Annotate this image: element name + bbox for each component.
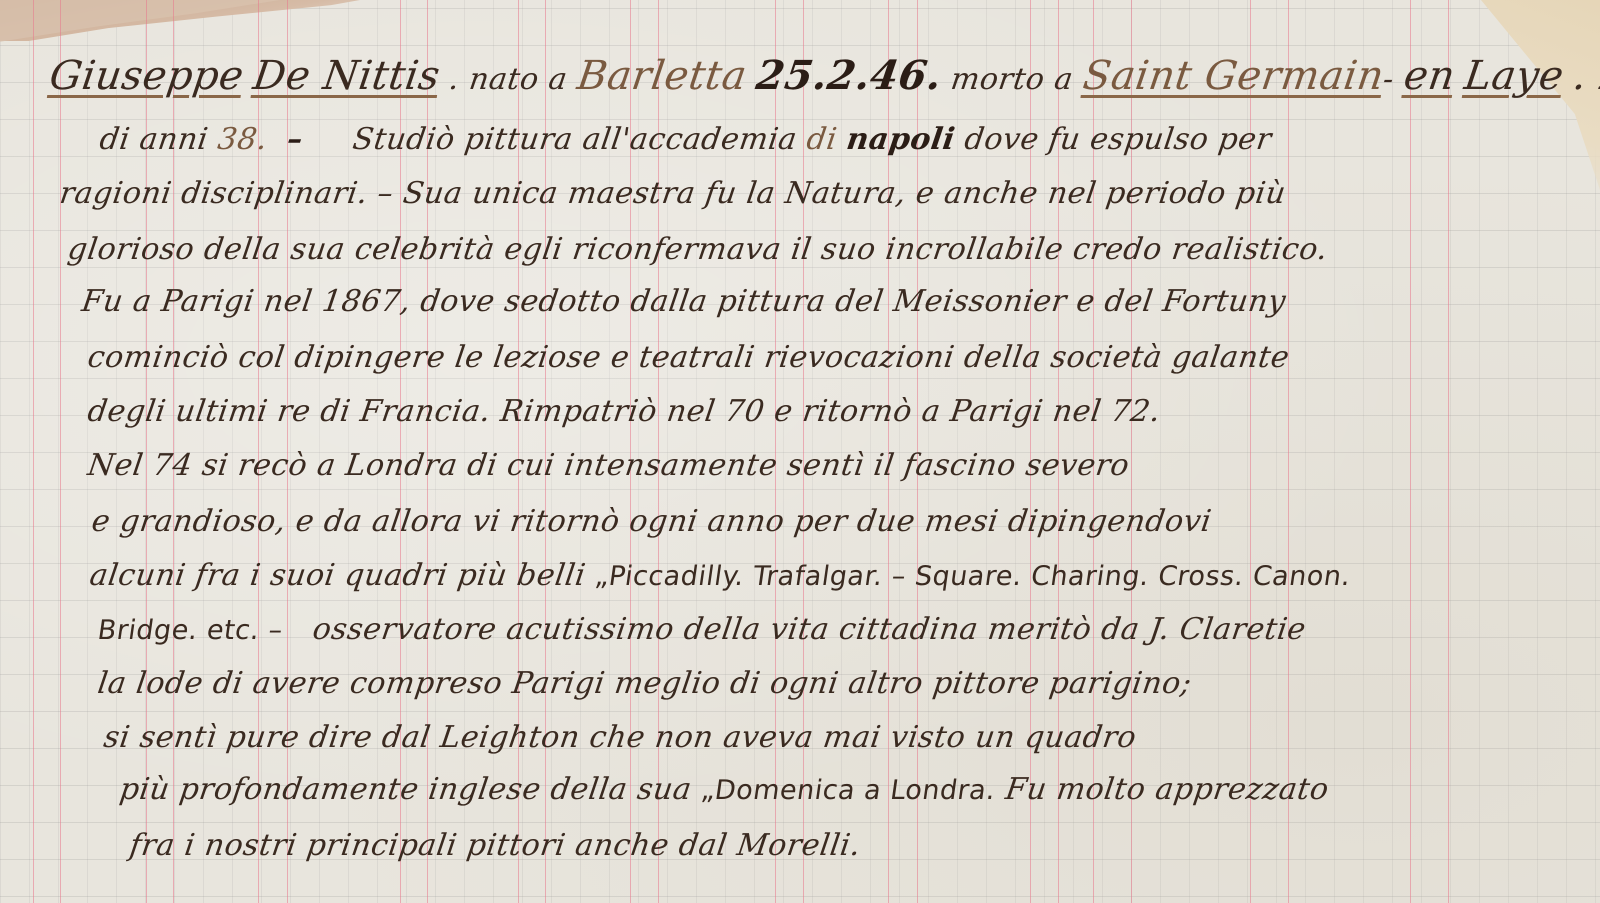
text-line-11: Bridge. etc. – osservatore acutissimo de…	[96, 612, 1309, 647]
text-line-14: più profondamente inglese della sua „Dom…	[118, 772, 1332, 807]
birthplace: Barletta	[574, 53, 749, 99]
text: dove fu espulso per	[962, 122, 1273, 157]
text: di	[804, 122, 839, 157]
painting-titles: Bridge. etc. –	[96, 615, 285, 646]
painting-title: „Domenica a Londra.	[699, 775, 997, 806]
text-line-13: si sentì pure dire dal Leighton che non …	[102, 720, 1139, 755]
text: di anni	[98, 122, 211, 157]
name-first: Giuseppe	[47, 53, 247, 99]
text: osservatore acutissimo della vita cittad…	[311, 612, 1309, 647]
deathplace: Laye	[1462, 53, 1567, 99]
text: più profondamente inglese della sua	[118, 772, 694, 807]
death-date: . 21.8.1884.	[1570, 53, 1600, 99]
text-line-6: cominciò col dipingere le leziose e teat…	[86, 340, 1292, 375]
deathplace: en	[1401, 53, 1458, 99]
text: Studiò pittura all'accademia	[351, 122, 800, 157]
text-line-1: Giuseppe De Nittis . nato a Barletta 25.…	[47, 52, 1600, 99]
painting-titles: „Piccadilly. Trafalgar. – Square. Charin…	[593, 561, 1353, 592]
birth-date: 25.2.46.	[753, 52, 945, 99]
text-line-10: alcuni fra i suoi quadri più belli „Picc…	[88, 558, 1354, 593]
ruled-line	[1288, 0, 1289, 903]
deathplace: Saint Germain	[1080, 53, 1387, 99]
text: Fu molto apprezzato	[1003, 772, 1331, 807]
age: 38.	[216, 122, 270, 157]
ruled-line	[1448, 0, 1449, 903]
document-page: Giuseppe De Nittis . nato a Barletta 25.…	[0, 0, 1600, 903]
text-line-15: fra i nostri principali pittori anche da…	[128, 828, 863, 863]
text: napoli	[844, 122, 957, 157]
text-line-2: di anni 38. – Studiò pittura all'accadem…	[98, 122, 1274, 157]
name-last: De Nittis	[250, 53, 443, 99]
ruled-margin-line	[60, 0, 61, 903]
ruled-line	[1410, 0, 1411, 903]
text-line-3: ragioni disciplinari. – Sua unica maestr…	[58, 176, 1289, 211]
text-line-9: e grandioso, e da allora vi ritornò ogni…	[90, 504, 1214, 539]
text: . nato a	[447, 62, 570, 97]
ruled-margin-line	[33, 0, 34, 903]
text-line-12: la lode di avere compreso Parigi meglio …	[96, 666, 1194, 701]
text-line-4: glorioso della sua celebrità egli riconf…	[66, 232, 1330, 267]
text-line-5: Fu a Parigi nel 1867, dove sedotto dalla…	[80, 284, 1289, 319]
dash: –	[285, 122, 305, 157]
text: morto a	[949, 62, 1076, 97]
text-line-8: Nel 74 si recò a Londra di cui intensame…	[86, 448, 1132, 483]
text: alcuni fra i suoi quadri più belli	[88, 558, 588, 593]
text-line-7: degli ultimi re di Francia. Rimpatriò ne…	[86, 394, 1163, 429]
